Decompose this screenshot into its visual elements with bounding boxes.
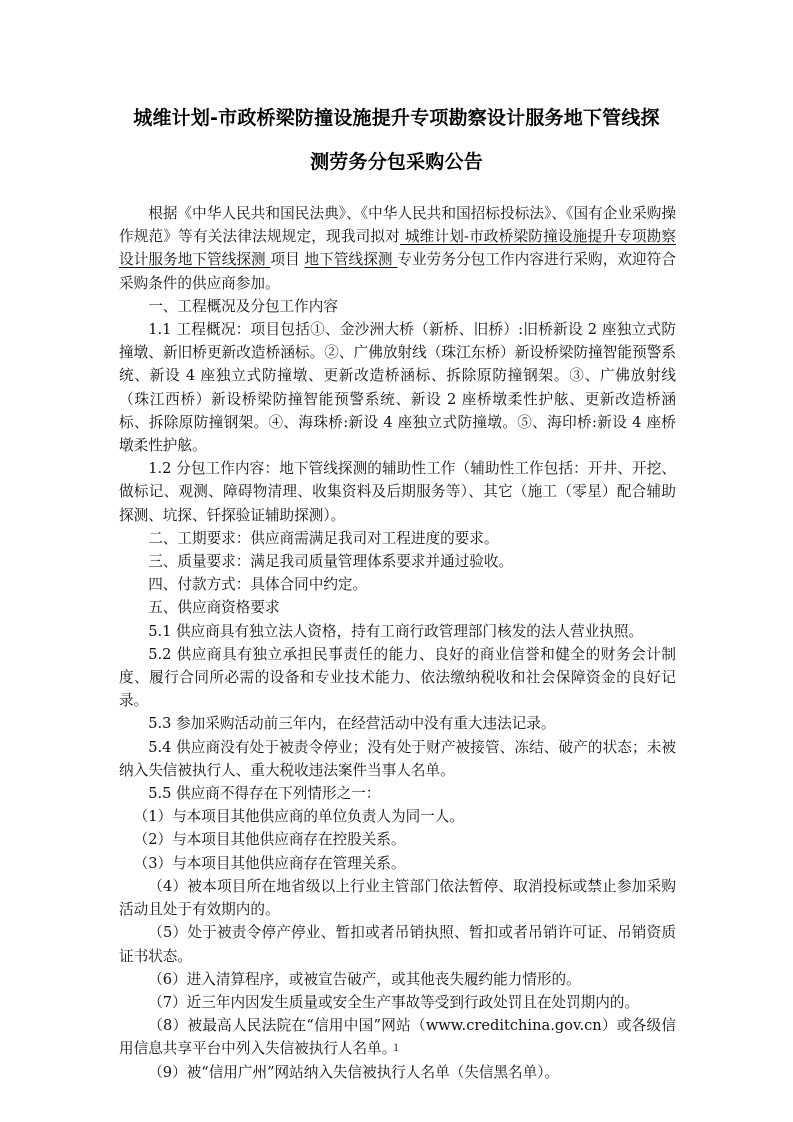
section-3-quality: 三、质量要求：满足我司质量管理体系要求并通过验收。 xyxy=(119,550,676,573)
section-5-1: 5.1 供应商具有独立法人资格，持有工商行政管理部门核发的法人营业执照。 xyxy=(119,620,676,643)
list-item: （2）与本项目其他供应商存在控股关系。 xyxy=(119,828,676,851)
list-item: （1）与本项目其他供应商的单位负责人为同一人。 xyxy=(119,805,676,828)
section-4-payment: 四、付款方式：具体合同中约定。 xyxy=(119,573,676,596)
section-5-5: 5.5 供应商不得存在下列情形之一： xyxy=(119,782,676,805)
list-item: （4）被本项目所在地省级以上行业主管部门依法暂停、取消投标或禁止参加采购活动且处… xyxy=(119,875,676,921)
list-item: （7）近三年内因发生质量或安全生产事故等受到行政处罚且在处罚期内的。 xyxy=(119,991,676,1014)
specialty-underlined: 地下管线探测 xyxy=(305,251,398,268)
intro-paragraph: 根据《中华人民共和国民法典》、《中华人民共和国招标投标法》、《国有企业采购操作规… xyxy=(119,202,676,295)
section-5-4: 5.4 供应商没有处于被责令停业；没有处于财产被接管、冻结、破产的状态；未被纳入… xyxy=(119,736,676,782)
section-5-heading: 五、供应商资格要求 xyxy=(119,596,676,619)
section-1-2-scope: 1.2 分包工作内容：地下管线探测的辅助性工作（辅助性工作包括：开井、开挖、做标… xyxy=(119,457,676,527)
title-line-2: 测劳务分包采购公告 xyxy=(100,140,693,184)
list-item: （5）处于被责令停产停业、暂扣或者吊销执照、暂扣或者吊销许可证、吊销资质证书状态… xyxy=(119,921,676,967)
section-1-1-overview: 1.1 工程概况：项目包括①、金沙洲大桥（新桥、旧桥）:旧桥新设 2 座独立式防… xyxy=(119,318,676,457)
section-1-heading: 一、工程概况及分包工作内容 xyxy=(119,295,676,318)
list-item: （6）进入清算程序，或被宣告破产，或其他丧失履约能力情形的。 xyxy=(119,968,676,991)
section-2-schedule: 二、工期要求：供应商需满足我司对工程进度的要求。 xyxy=(119,527,676,550)
document-title: 城维计划-市政桥梁防撞设施提升专项勘察设计服务地下管线探 测劳务分包采购公告 xyxy=(100,96,693,184)
page-number: 1 xyxy=(386,1040,406,1055)
document-page: 城维计划-市政桥梁防撞设施提升专项勘察设计服务地下管线探 测劳务分包采购公告 根… xyxy=(0,0,793,1122)
list-item: （3）与本项目其他供应商存在管理关系。 xyxy=(119,852,676,875)
title-line-1: 城维计划-市政桥梁防撞设施提升专项勘察设计服务地下管线探 xyxy=(100,96,693,140)
section-5-3: 5.3 参加采购活动前三年内，在经营活动中没有重大违法记录。 xyxy=(119,712,676,735)
list-item: （9）被“信用广州”网站纳入失信被执行人名单（失信黑名单）。 xyxy=(119,1061,676,1084)
document-body: 根据《中华人民共和国民法典》、《中华人民共和国招标投标法》、《国有企业采购操作规… xyxy=(119,202,676,1084)
section-5-2: 5.2 供应商具有独立承担民事责任的能力、良好的商业信誉和健全的财务会计制度、履… xyxy=(119,643,676,713)
intro-text-2: 项目 xyxy=(270,251,299,268)
